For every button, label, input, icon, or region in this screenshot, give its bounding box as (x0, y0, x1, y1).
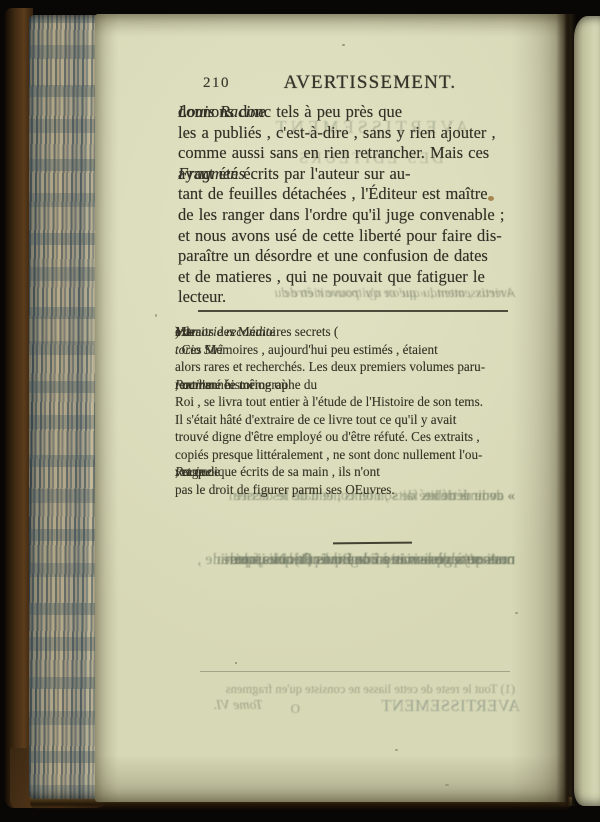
bleedthrough-footnote-line: (1) Tout le reste de cette liasse ne con… (155, 682, 515, 697)
bleedthrough-signature-volume: Tome VI. (163, 698, 263, 714)
book-page: AVERTISSEMENT DES ÉDITEURS Avertissement… (95, 14, 568, 802)
scanned-book-photo: AVERTISSEMENT DES ÉDITEURS Avertissement… (0, 0, 600, 822)
gutter-shadow (556, 14, 576, 806)
bleedthrough-footnote-rule (200, 671, 510, 672)
bleedthrough-signature-title: AVERTISSEMENT (378, 696, 520, 716)
footnote-text: extraits des Mémoires secrets ( Memorie … (175, 323, 535, 498)
paper-speck (235, 662, 237, 664)
facing-page-sliver (574, 16, 600, 806)
footnote-rule (198, 310, 508, 312)
running-head: AVERTISSEMENT. (205, 72, 535, 94)
foxing-spot (488, 196, 494, 201)
paper-speck (342, 44, 345, 46)
body-text: donnons donc tels à peu près que Louis R… (178, 102, 533, 308)
paper-speck (515, 612, 518, 614)
paper-speck (445, 784, 449, 786)
paper-speck (155, 314, 157, 317)
ink-dash-mark (333, 542, 412, 545)
marbled-page-edges (29, 15, 97, 799)
paper-speck (395, 749, 398, 751)
bleedthrough-signature-letter: O (278, 701, 300, 717)
paper-speck (185, 134, 187, 136)
